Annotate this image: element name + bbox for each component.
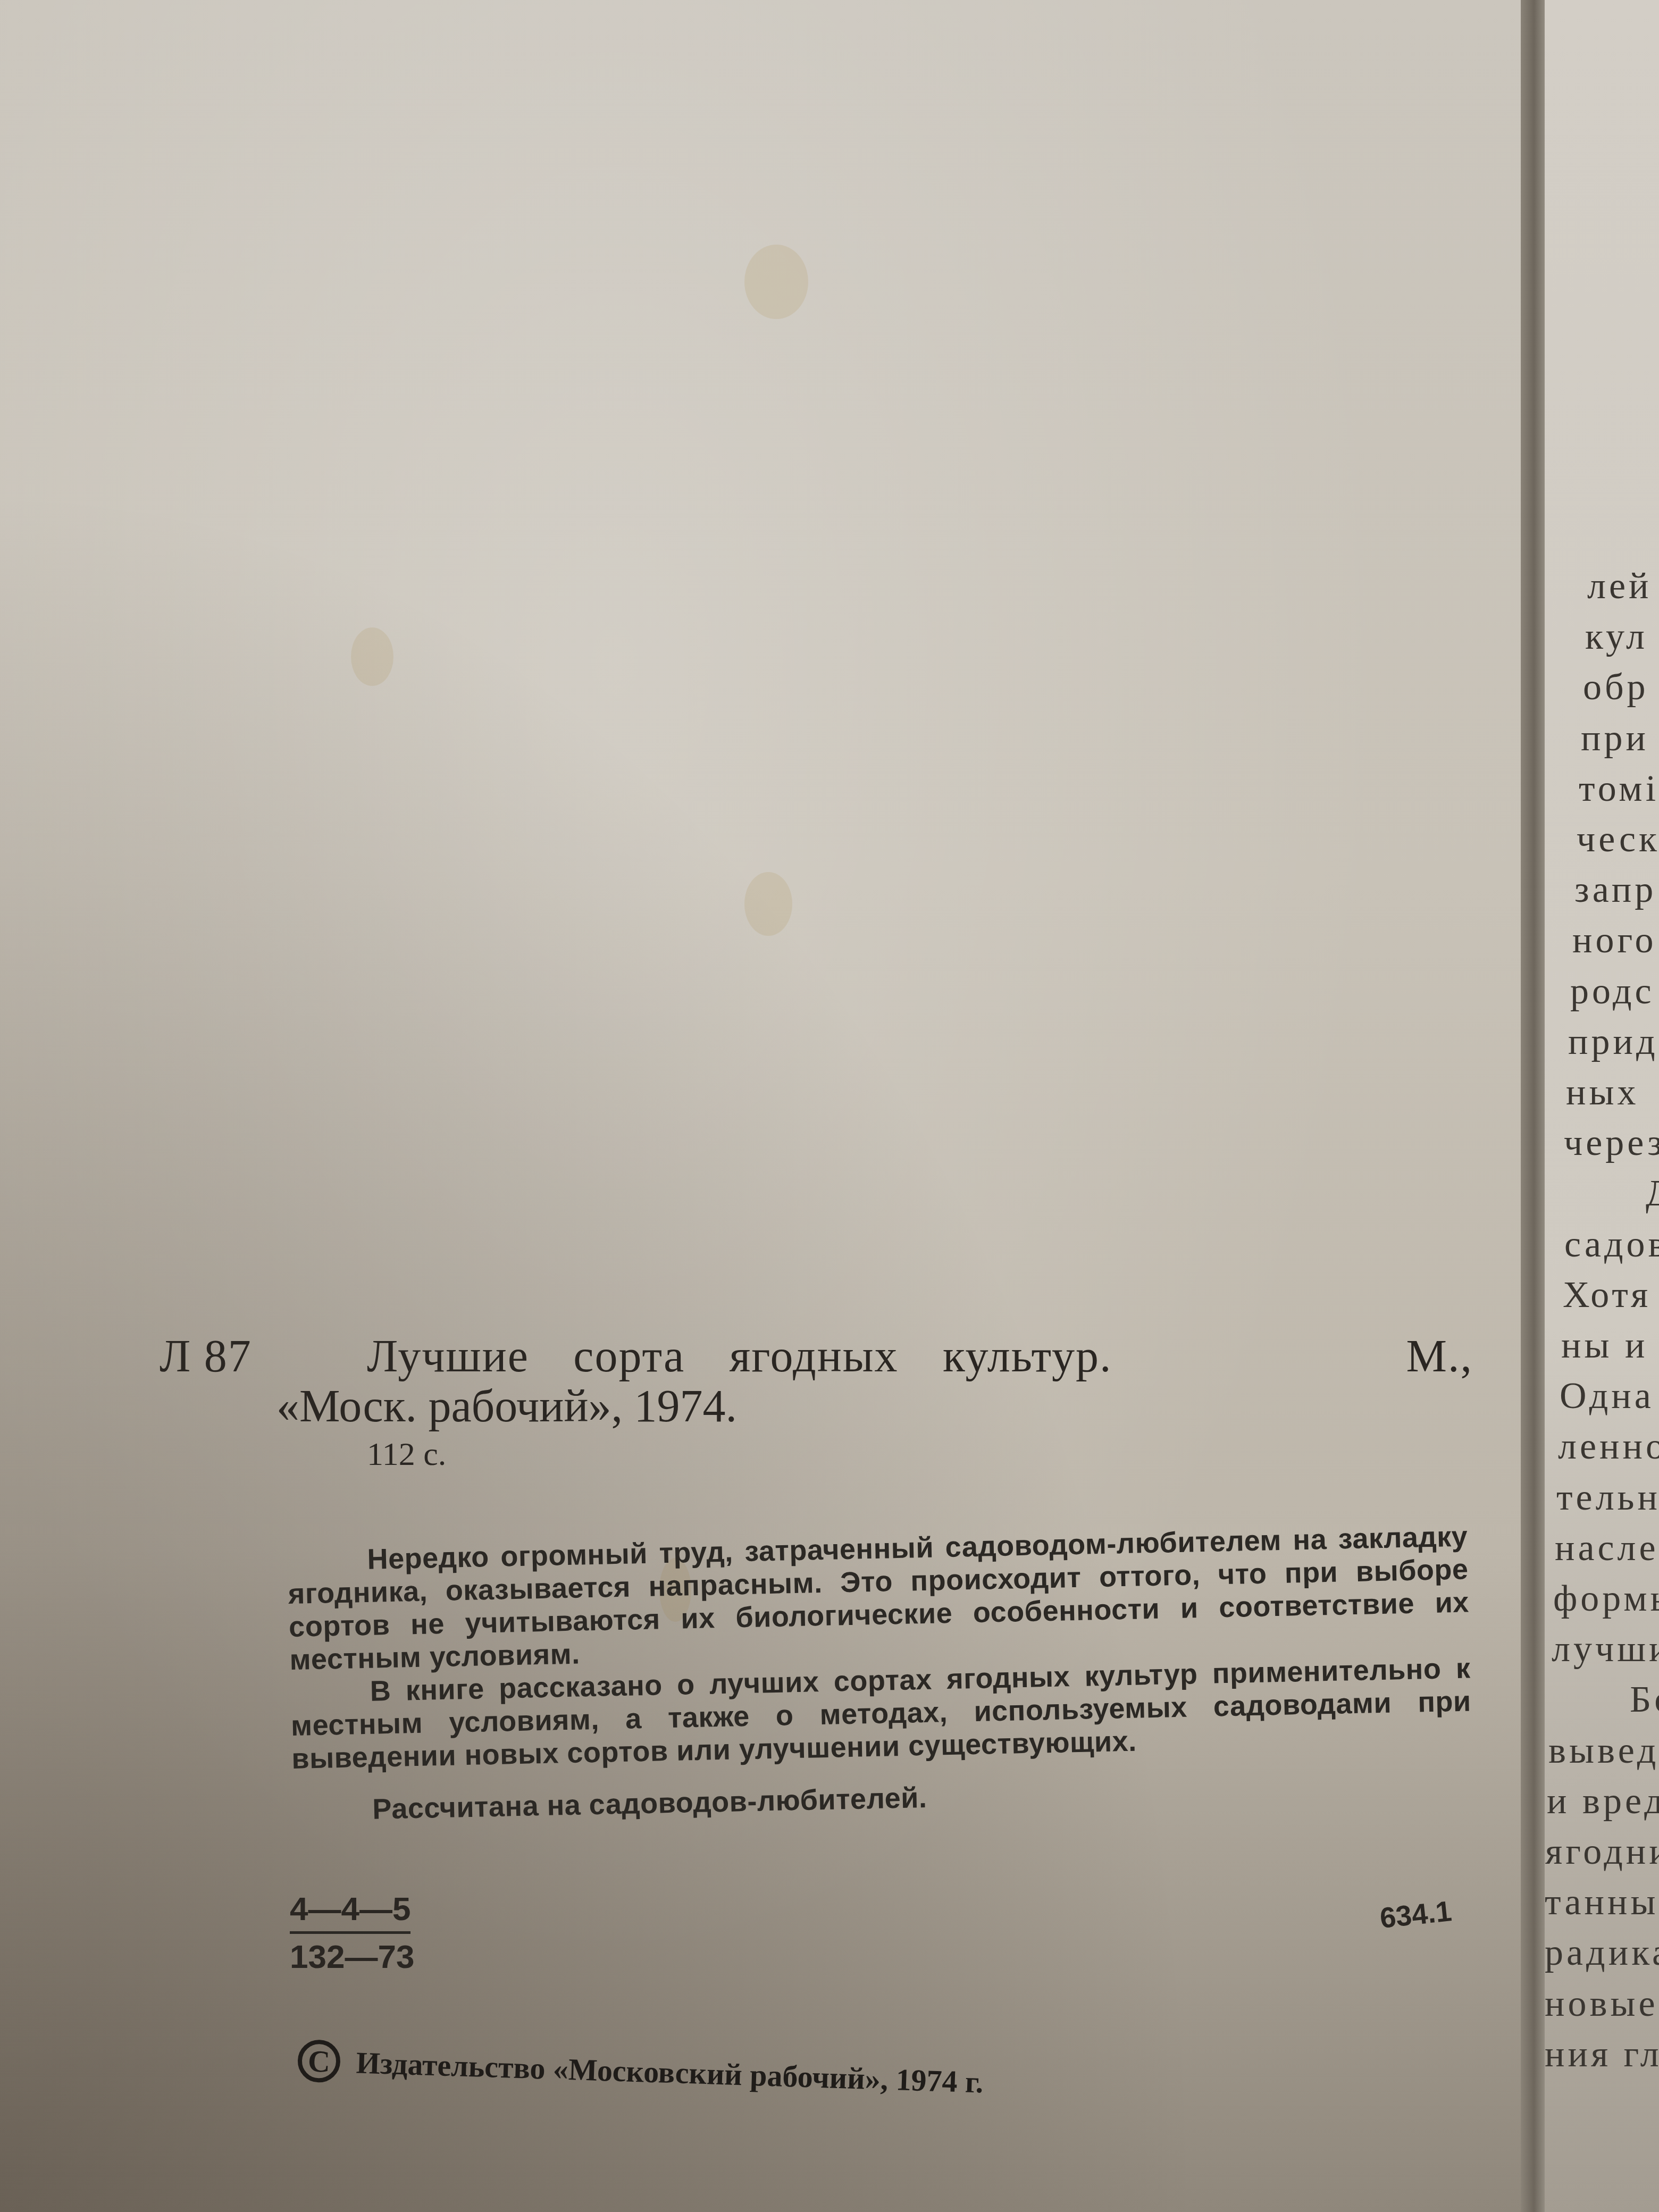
book-abstract: Нередко огромный труд, затраченный садов… [287, 1520, 1473, 1828]
book-title: Лучшие сорта ягодных культур. [367, 1329, 1406, 1382]
facing-page-line: садов [1545, 1219, 1659, 1270]
facing-page-line: ленно [1545, 1421, 1659, 1472]
publication-city: М., [1406, 1329, 1473, 1382]
facing-page-line: при [1545, 713, 1659, 764]
abstract-paragraph: Нередко огромный труд, затраченный садов… [287, 1520, 1470, 1677]
facing-page-line: лучши [1545, 1624, 1659, 1674]
facing-page-line: через [1545, 1118, 1659, 1168]
facing-page-line: обр [1545, 662, 1659, 713]
facing-page-line: Хотя [1545, 1270, 1659, 1320]
facing-page-line: формы [1545, 1573, 1659, 1624]
catalog-code: Л 87 [160, 1329, 367, 1382]
facing-page-line: насле [1545, 1523, 1659, 1573]
facing-page-line: лей [1545, 561, 1659, 611]
facing-page-line: ния гл [1545, 2029, 1659, 2080]
facing-page-line: выведе [1545, 1725, 1659, 1776]
facing-page-line: прид [1545, 1017, 1659, 1067]
paper-stain [744, 245, 808, 319]
facing-page-line: тельн [1545, 1472, 1659, 1523]
book-gutter [1521, 0, 1547, 2212]
facing-page-line: Бо [1545, 1674, 1659, 1725]
catalog-entry: Л 87 Лучшие сорта ягодных культур. М., «… [160, 1329, 1473, 1473]
facing-page-line: танные [1545, 1877, 1659, 1928]
facing-page-line: томі [1545, 764, 1659, 814]
facing-page-line: и вред [1545, 1776, 1659, 1826]
publisher-index: 4—4—5 132—73 [290, 1890, 414, 1976]
facing-page-line: ного [1545, 915, 1659, 966]
facing-page-line: родс [1545, 966, 1659, 1017]
paper-stain [351, 627, 393, 686]
facing-page-line: ных [1545, 1067, 1659, 1118]
facing-page-line: новые [1545, 1979, 1659, 2029]
facing-page-line: ческ [1545, 814, 1659, 865]
facing-page-line: кул [1545, 611, 1659, 662]
facing-page-line: Одна [1545, 1371, 1659, 1421]
facing-page-line: ны и [1545, 1320, 1659, 1371]
facing-page-line: Д [1545, 1168, 1659, 1219]
left-page [0, 0, 1537, 2212]
page-count: 112 с. [160, 1436, 1473, 1473]
facing-page-line: ягодни [1545, 1826, 1659, 1877]
paper-stain [744, 872, 792, 936]
publisher-line: «Моск. рабочий», 1974. [160, 1379, 1473, 1432]
facing-page: лейкулобрпритоміческзапрногородспридныхч… [1545, 0, 1659, 2212]
copyright-icon: C [297, 2039, 341, 2083]
facing-page-line: запр [1545, 865, 1659, 915]
index-numerator: 4—4—5 [290, 1890, 410, 1934]
facing-page-text: лейкулобрпритоміческзапрногородспридныхч… [1545, 561, 1659, 2080]
index-denominator: 132—73 [290, 1938, 414, 1976]
facing-page-line: радика [1545, 1928, 1659, 1978]
